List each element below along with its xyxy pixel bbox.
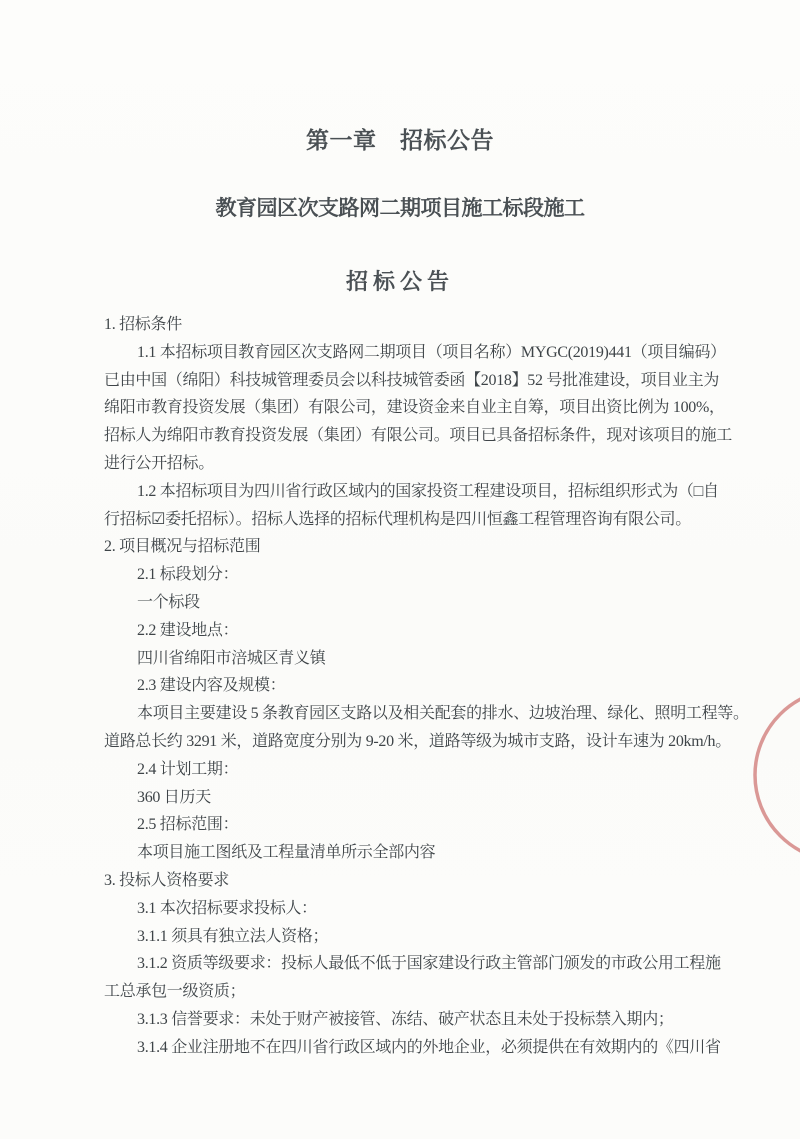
text-line: 2.2 建设地点： [104, 617, 704, 645]
text-line: 本项目主要建设 5 条教育园区支路以及相关配套的排水、边坡治理、绿化、照明工程等… [104, 700, 704, 728]
text-line: 绵阳市教育投资发展（集团）有限公司，建设资金来自业主自筹，项目出资比例为 100… [104, 394, 704, 422]
project-title: 教育园区次支路网二期项目施工标段施工 [0, 192, 800, 222]
text-line: 3. 投标人资格要求 [104, 867, 704, 895]
text-line: 进行公开招标。 [104, 450, 704, 478]
seal-graphic: 绵阳市教育 [741, 675, 800, 875]
text-line: 2.5 招标范围： [104, 811, 704, 839]
text-line: 3.1.4 企业注册地不在四川省行政区域内的外地企业，必须提供在有效期内的《四川… [104, 1034, 704, 1062]
text-line: 招标人为绵阳市教育投资发展（集团）有限公司。项目已具备招标条件，现对该项目的施工 [104, 422, 704, 450]
document-body: 1. 招标条件1.1 本招标项目教育园区次支路网二期项目（项目名称）MYGC(2… [104, 311, 704, 1062]
text-line: 四川省绵阳市涪城区青义镇 [104, 645, 704, 673]
text-line: 道路总长约 3291 米，道路宽度分别为 9-20 米，道路等级为城市支路，设计… [104, 728, 704, 756]
text-line: 工总承包一级资质； [104, 978, 704, 1006]
seal-circle [755, 689, 800, 861]
text-line: 本项目施工图纸及工程量清单所示全部内容 [104, 839, 704, 867]
text-line: 2.3 建设内容及规模： [104, 672, 704, 700]
text-line: 行招标☑委托招标）。招标人选择的招标代理机构是四川恒鑫工程管理咨询有限公司。 [104, 506, 704, 534]
document-page: { "document": { "chapter_title": "第一章 招标… [0, 0, 800, 1139]
text-line: 2.1 标段划分： [104, 561, 704, 589]
chapter-title: 第一章 招标公告 [0, 122, 800, 155]
text-line: 3.1.2 资质等级要求：投标人最低不低于国家建设行政主管部门颁发的市政公用工程… [104, 950, 704, 978]
text-line: 一个标段 [104, 589, 704, 617]
text-line: 已由中国（绵阳）科技城管理委员会以科技城管委函【2018】52 号批准建设，项目… [104, 367, 704, 395]
notice-title: 招标公告 [0, 265, 800, 296]
scanned-page: 第一章 招标公告 教育园区次支路网二期项目施工标段施工 招标公告 1. 招标条件… [0, 0, 800, 1139]
text-line: 1.1 本招标项目教育园区次支路网二期项目（项目名称）MYGC(2019)441… [104, 339, 704, 367]
text-line: 3.1 本次招标要求投标人： [104, 895, 704, 923]
company-seal: 绵阳市教育 [741, 675, 800, 875]
text-line: 2. 项目概况与招标范围 [104, 533, 704, 561]
text-line: 1.2 本招标项目为四川省行政区域内的国家投资工程建设项目，招标组织形式为（□自 [104, 478, 704, 506]
text-line: 1. 招标条件 [104, 311, 704, 339]
text-line: 3.1.1 须具有独立法人资格； [104, 923, 704, 951]
text-line: 2.4 计划工期： [104, 756, 704, 784]
text-line: 360 日历天 [104, 784, 704, 812]
text-line: 3.1.3 信誉要求：未处于财产被接管、冻结、破产状态且未处于投标禁入期内； [104, 1006, 704, 1034]
